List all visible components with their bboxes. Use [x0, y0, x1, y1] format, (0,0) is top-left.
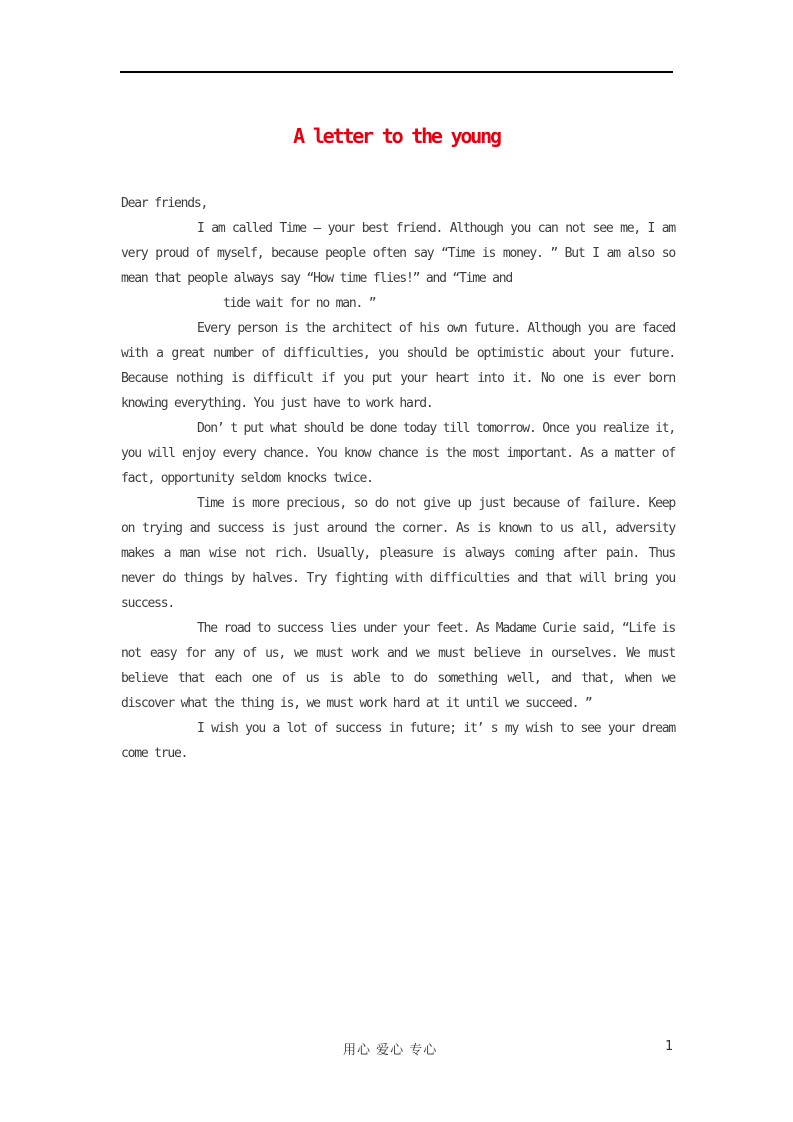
paragraph-hanging-line: tide wait for no man. ” [121, 291, 675, 316]
header-rule [120, 71, 673, 73]
letter-body: Dear friends, I am called Time — your be… [121, 191, 675, 766]
paragraph-road-to-success: The road to success lies under your feet… [121, 616, 675, 716]
document-page: A letter to the young Dear friends, I am… [0, 0, 793, 1122]
page-number: 1 [665, 1039, 673, 1054]
salutation: Dear friends, [121, 191, 675, 216]
paragraph-intro: I am called Time — your best friend. Alt… [121, 216, 675, 291]
paragraph-architect: Every person is the architect of his own… [121, 316, 675, 416]
paragraph-closing-wish: I wish you a lot of success in future; i… [121, 716, 675, 766]
paragraph-precious: Time is more precious, so do not give up… [121, 491, 675, 616]
footer-motto: 用心 爱心 专心 [343, 1039, 437, 1058]
paragraph-tomorrow: Don’ t put what should be done today til… [121, 416, 675, 491]
page-title: A letter to the young [0, 124, 793, 148]
